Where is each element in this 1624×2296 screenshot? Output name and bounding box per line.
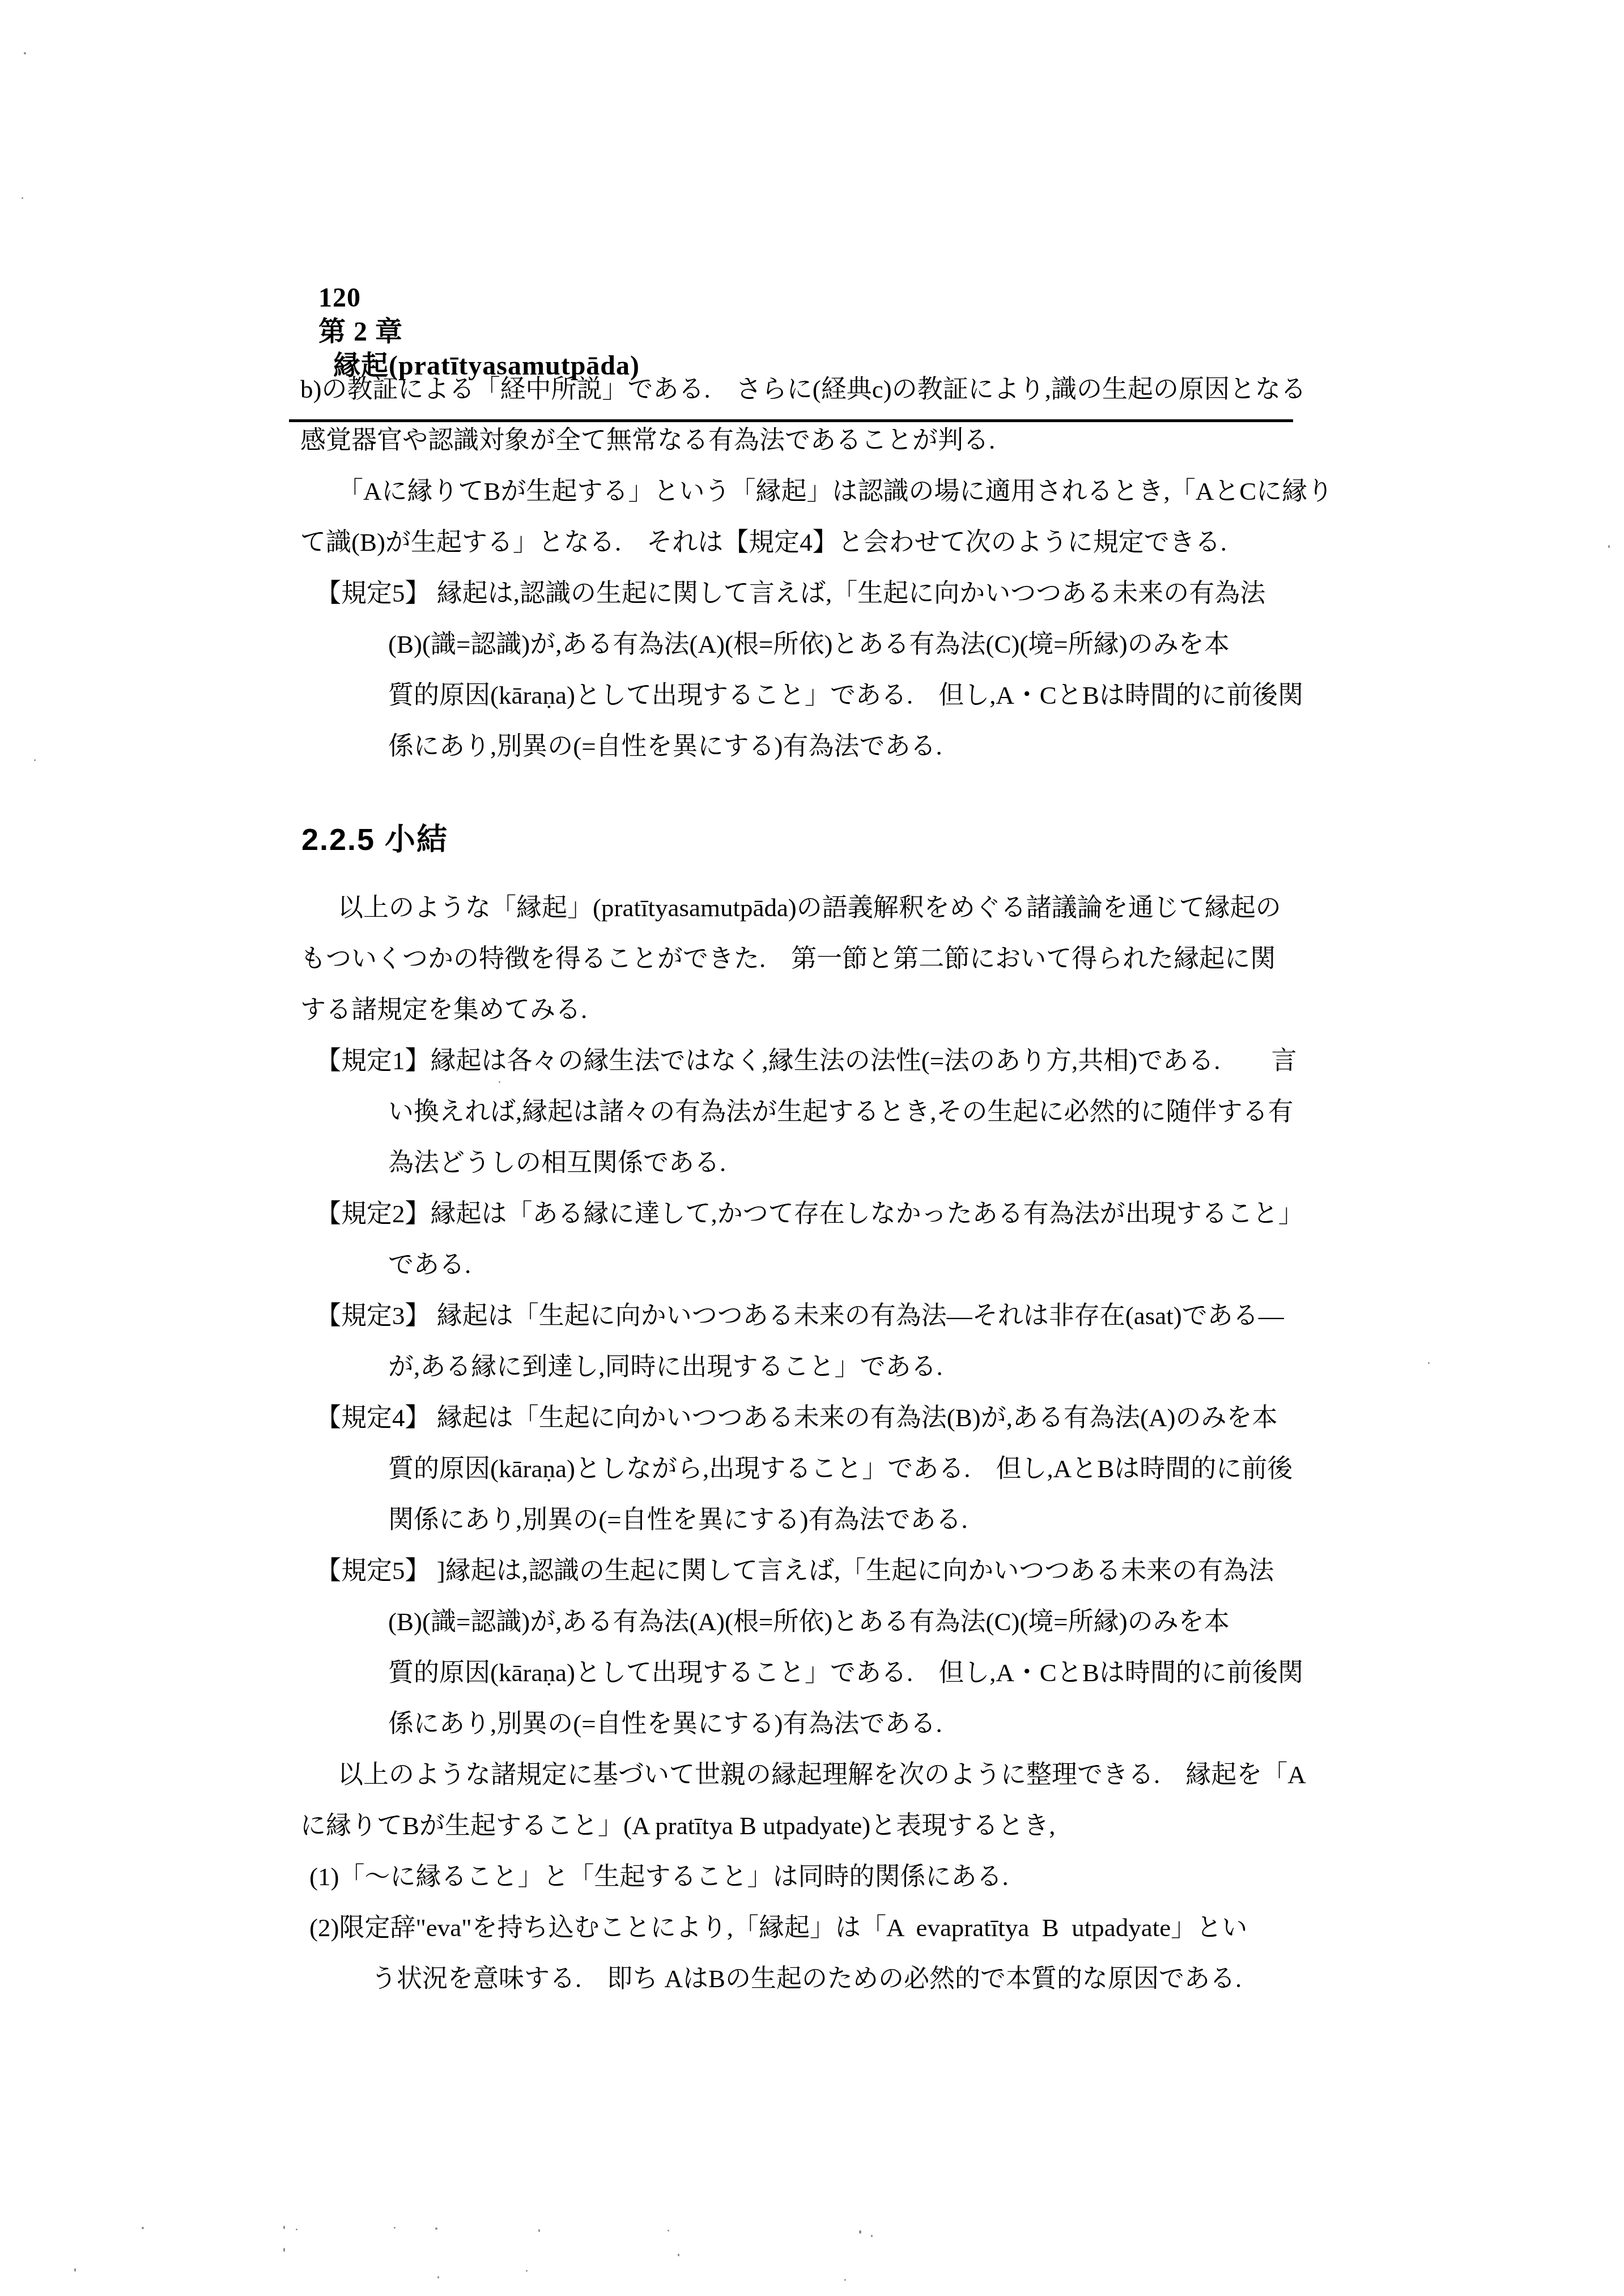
text-line: 関係にあり,別異の(=自性を異にする)有為法である.	[300, 1494, 1343, 1545]
text-line: 係にあり,別異の(=自性を異にする)有為法である.	[300, 721, 1343, 772]
text-line: 「Aに縁りてBが生起する」という「縁起」は認識の場に適用されるとき,「AとCに縁…	[300, 466, 1343, 517]
scan-speck	[142, 2227, 144, 2229]
scan-speck	[499, 1081, 500, 1083]
scan-speck	[871, 2235, 873, 2237]
scan-speck	[844, 2279, 846, 2281]
text-line: う状況を意味する. 即ち AはBの生起のための必然的で本質的な原因である.	[300, 1953, 1343, 2004]
scan-speck	[283, 2226, 285, 2229]
scan-speck	[22, 197, 23, 199]
text-line: 【規定3】 縁起は「生起に向かいつつある未来の有為法—それは非存在(asat)で…	[300, 1290, 1343, 1341]
text-line: 質的原因(kāraṇa)としながら,出現すること」である. 但し,AとBは時間的…	[300, 1443, 1343, 1494]
text-line: (1)「〜に縁ること」と「生起すること」は同時的関係にある.	[300, 1851, 1343, 1902]
scan-speck	[859, 2230, 861, 2234]
text-line: である.	[300, 1239, 1343, 1290]
text-line: 質的原因(kāraṇa)として出現すること」である. 但し,A・CとBは時間的に…	[300, 1647, 1343, 1698]
text-line: に縁りてBが生起すること」(A pratītya B utpadyate)と表現…	[300, 1800, 1343, 1851]
text-line: (B)(識=認識)が,ある有為法(A)(根=所依)とある有為法(C)(境=所縁)…	[300, 619, 1343, 670]
text-line: 感覚器官や認識対象が全て無常なる有為法であることが判る.	[300, 415, 1343, 466]
text-line: (2)限定辞"eva"を持ち込むことにより,「縁起」は「A evapratīty…	[300, 1902, 1343, 1953]
scan-speck	[678, 2254, 679, 2256]
scan-speck	[34, 759, 36, 761]
text-line: する諸規定を集めてみる.	[300, 984, 1343, 1035]
text-line: 以上のような諸規定に基づいて世親の縁起理解を次のように整理できる. 縁起を「A	[300, 1749, 1343, 1800]
paragraph-block-1: b)の教証による「経中所説」である. さらに(経典c)の教証により,識の生起の原…	[300, 364, 1343, 772]
paragraph-block-2: 以上のような「縁起」(pratītyasamutpāda)の語義解釈をめぐる諸議…	[300, 882, 1343, 2004]
text-line: 【規定5】 縁起は,認識の生起に関して言えば,「生起に向かいつつある未来の有為法	[300, 568, 1343, 619]
text-line: 係にあり,別異の(=自性を異にする)有為法である.	[300, 1698, 1343, 1749]
page-number: 120	[318, 283, 361, 313]
text-line: 【規定2】縁起は「ある縁に達して,かつて存在しなかったある有為法が出現すること」	[300, 1188, 1343, 1239]
scan-speck	[1608, 545, 1610, 548]
scan-speck	[668, 2230, 669, 2231]
text-line: て識(B)が生起する」となる. それは【規定4】と会わせて次のように規定できる.	[300, 517, 1343, 568]
scan-speck	[74, 2268, 76, 2272]
section-heading: 2.2.5 小結	[301, 823, 1343, 857]
scan-speck	[435, 2227, 437, 2230]
text-line: b)の教証による「経中所説」である. さらに(経典c)の教証により,識の生起の原…	[300, 364, 1343, 415]
text-line: 【規定4】 縁起は「生起に向かいつつある未来の有為法(B)が,ある有為法(A)の…	[300, 1392, 1343, 1443]
scan-speck	[526, 2270, 528, 2272]
scan-speck	[394, 2227, 396, 2229]
text-line: 以上のような「縁起」(pratītyasamutpāda)の語義解釈をめぐる諸議…	[300, 882, 1343, 933]
text-line: い換えれば,縁起は諸々の有為法が生起するとき,その生起に必然的に随伴する有	[300, 1086, 1343, 1137]
text-line: 為法どうしの相互関係である.	[300, 1137, 1343, 1188]
text-line: 【規定1】縁起は各々の縁生法ではなく,縁生法の法性(=法のあり方,共相)である.…	[300, 1035, 1343, 1086]
page-body: b)の教証による「経中所説」である. さらに(経典c)の教証により,識の生起の原…	[300, 364, 1343, 2004]
text-line: もついくつかの特徴を得ることができた. 第一節と第二節において得られた縁起に関	[300, 933, 1343, 984]
scan-speck	[296, 2229, 297, 2230]
scan-speck	[283, 2248, 285, 2252]
scan-speck	[24, 52, 26, 54]
text-line: 質的原因(kāraṇa)として出現すること」である. 但し,A・CとBは時間的に…	[300, 670, 1343, 721]
chapter-label: 第 2 章	[318, 317, 403, 347]
scan-speck	[538, 2229, 540, 2232]
scan-speck	[1428, 1362, 1430, 1364]
text-line: (B)(識=認識)が,ある有為法(A)(根=所依)とある有為法(C)(境=所縁)…	[300, 1596, 1343, 1647]
scanned-document-page: 120 第 2 章 縁起(pratītyasamutpāda) b)の教証による…	[0, 0, 1624, 2296]
text-line: が,ある縁に到達し,同時に出現すること」である.	[300, 1341, 1343, 1392]
text-line: 【規定5】 ]縁起は,認識の生起に関して言えば,「生起に向かいつつある未来の有為…	[300, 1545, 1343, 1596]
scan-speck	[437, 2276, 439, 2278]
